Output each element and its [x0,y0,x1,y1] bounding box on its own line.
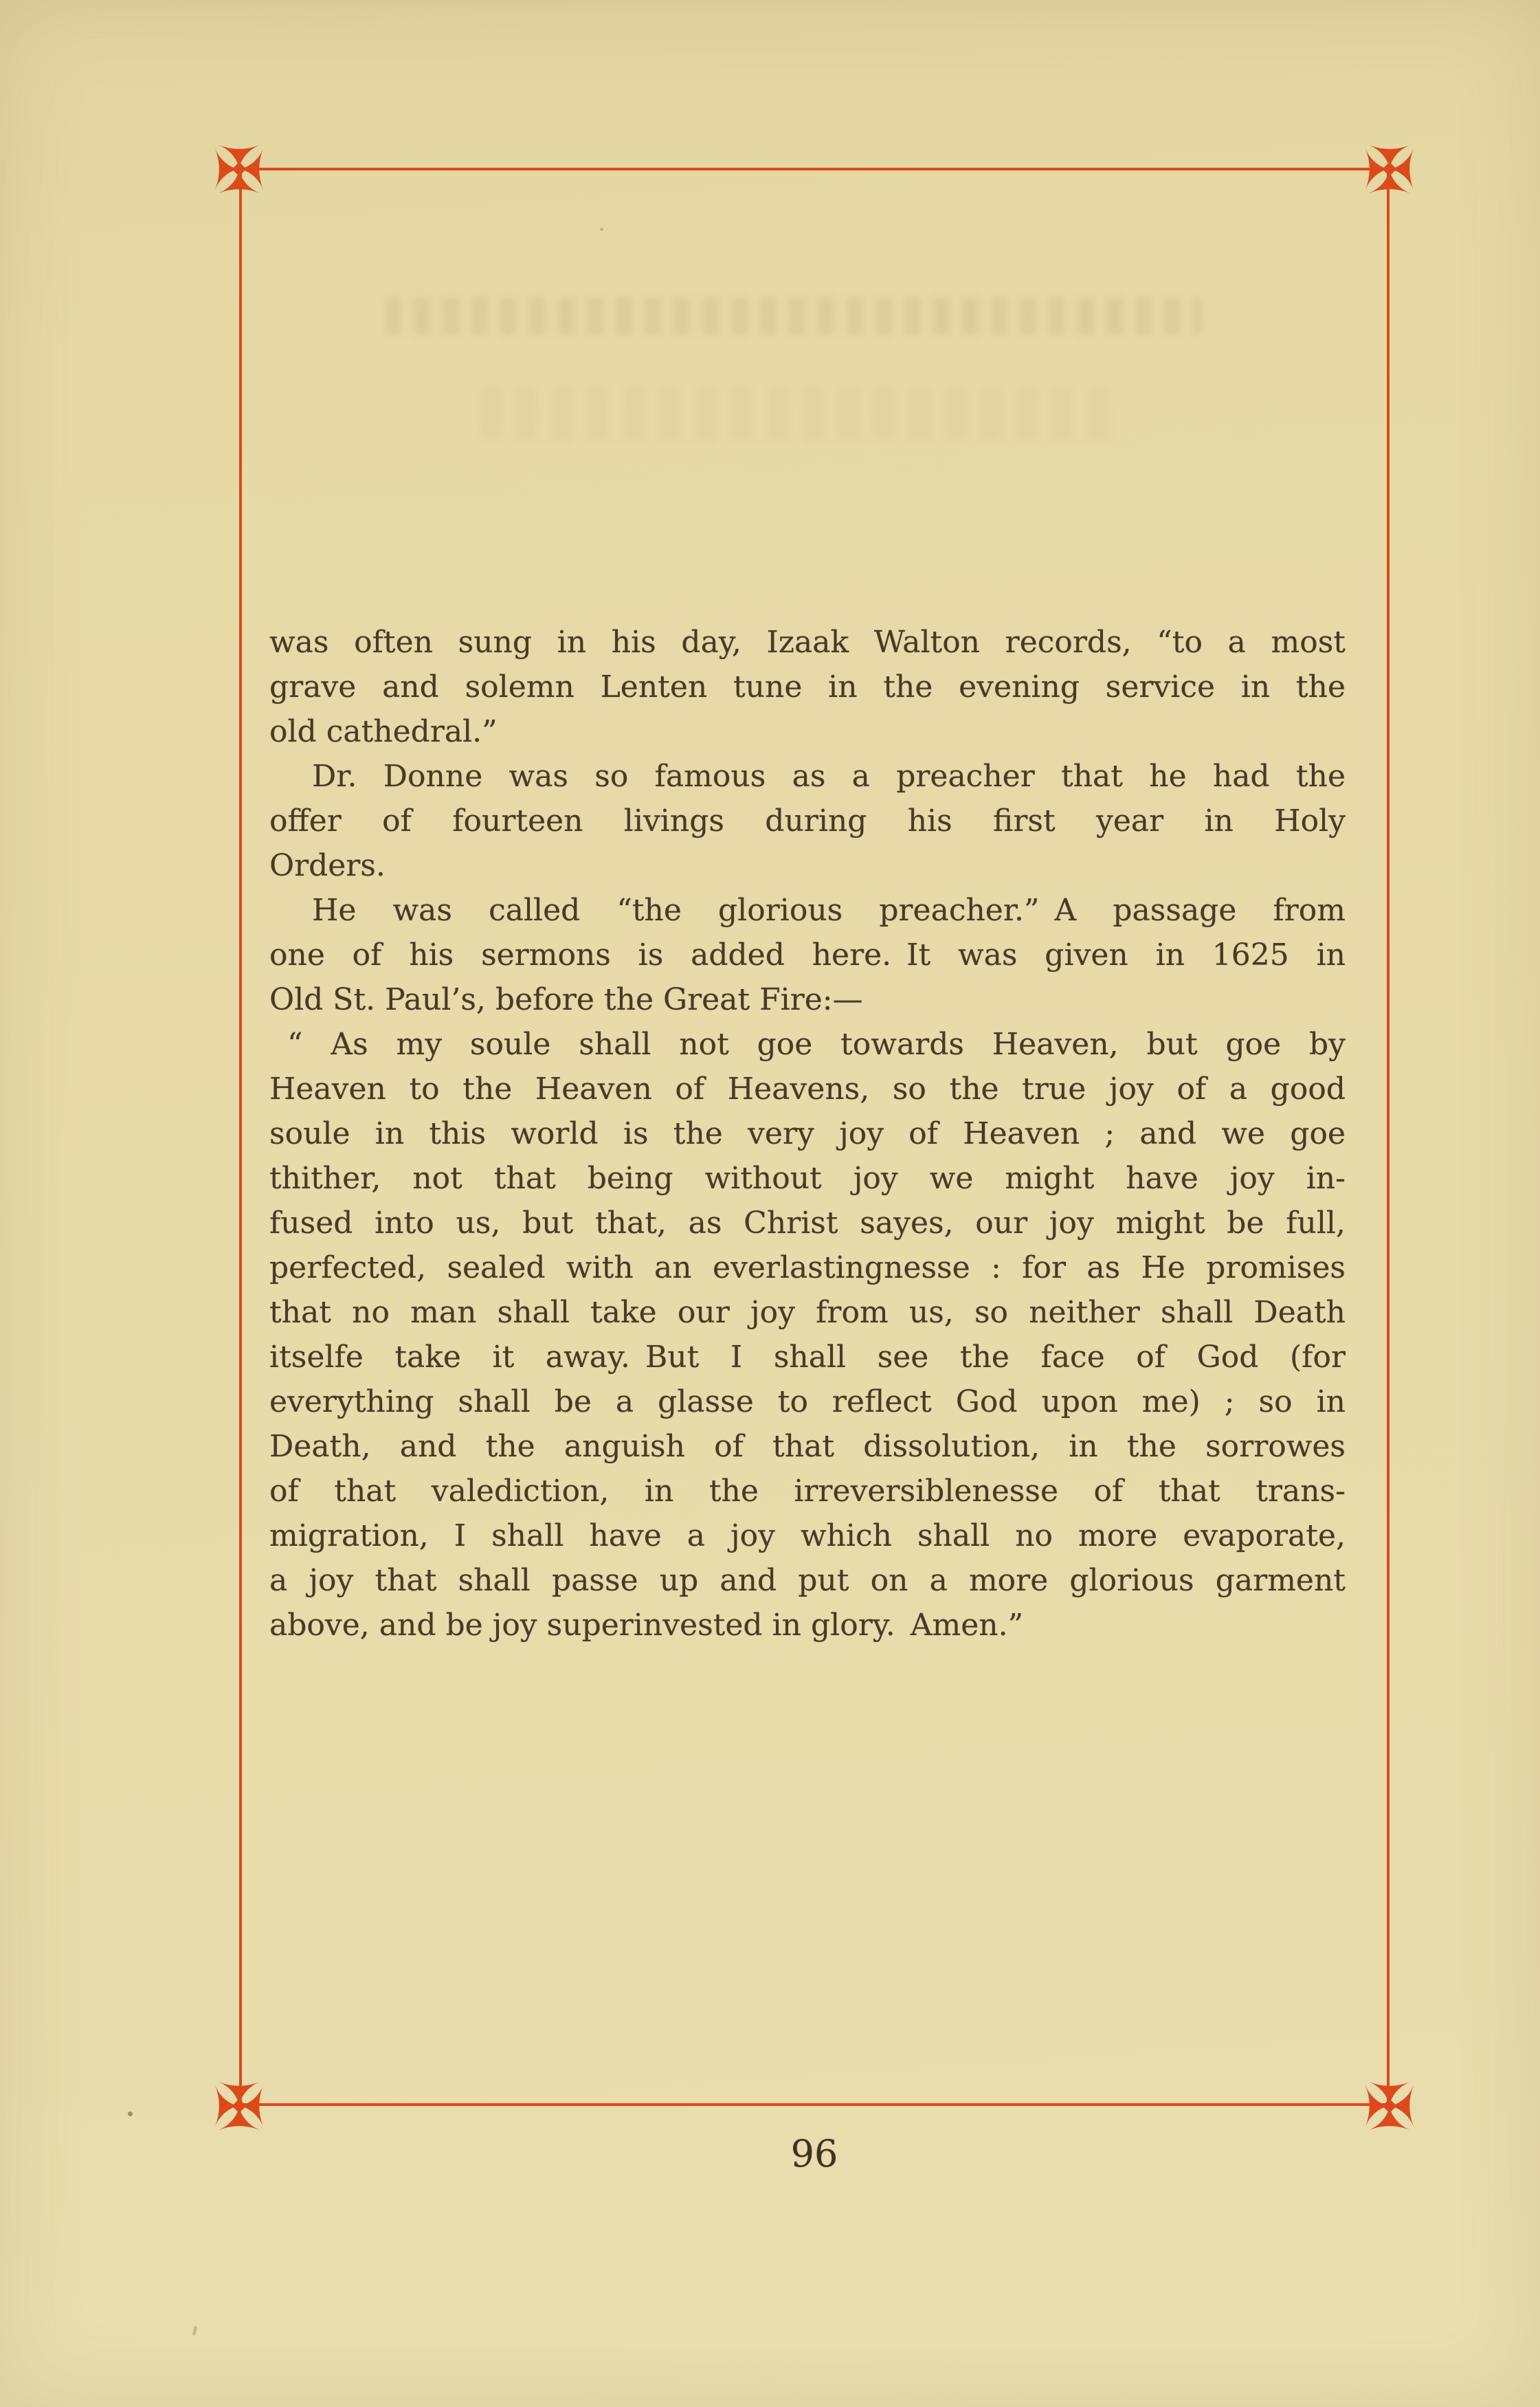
text-line: “ As my soule shall not goe towards Heav… [269,1022,1346,1067]
body-text: was often sung in his day, Izaak Walton … [269,620,1346,1648]
text-line: one of his sermons is added here. It was… [269,933,1346,977]
text-line: grave and solemn Lenten tune in the even… [269,665,1346,709]
text-line: migration, I shall have a joy which shal… [269,1513,1346,1558]
text-line: Orders. [269,843,1346,888]
text-line: He was called “the glorious preacher.” A… [269,888,1346,933]
text-line: everything shall be a glasse to reflect … [269,1379,1346,1424]
text-line: itselfe take it away. But I shall see th… [269,1335,1346,1379]
text-line: Death, and the anguish of that dissoluti… [269,1424,1346,1469]
cross-pattee-icon [212,142,267,197]
paper-speck [192,2326,198,2336]
text-line: Dr. Donne was so famous as a preacher th… [269,754,1346,799]
text-line: a joy that shall passe up and put on a m… [269,1558,1346,1603]
book-page: was often sung in his day, Izaak Walton … [0,0,1540,2407]
cross-pattee-icon [212,2078,267,2133]
text-line: of that valediction, in the irreversible… [269,1469,1346,1513]
text-line: that no man shall take our joy from us, … [269,1290,1346,1335]
text-line: fused into us, but that, as Christ sayes… [269,1201,1346,1245]
paper-speck [128,2111,133,2116]
text-line: thither, not that being without joy we m… [269,1156,1346,1201]
text-line: Heaven to the Heaven of Heavens, so the … [269,1067,1346,1111]
paragraph: was often sung in his day, Izaak Walton … [269,620,1346,754]
cross-pattee-icon [1362,142,1417,197]
text-line: soule in this world is the very joy of H… [269,1111,1346,1156]
text-line: Old St. Paul’s, before the Great Fire:— [269,977,1346,1022]
text-line: perfected, sealed with an everlastingnes… [269,1245,1346,1290]
cross-pattee-icon [1362,2078,1417,2133]
text-line: offer of fourteen livings during his fir… [269,799,1346,843]
page-number: 96 [239,2132,1390,2175]
text-line: old cathedral.” [269,709,1346,754]
text-line: above, and be joy superinvested in glory… [269,1603,1346,1648]
paragraph: He was called “the glorious preacher.” A… [269,888,1346,1022]
paragraph: “ As my soule shall not goe towards Heav… [269,1022,1346,1648]
text-line: was often sung in his day, Izaak Walton … [269,620,1346,665]
paragraph: Dr. Donne was so famous as a preacher th… [269,754,1346,888]
